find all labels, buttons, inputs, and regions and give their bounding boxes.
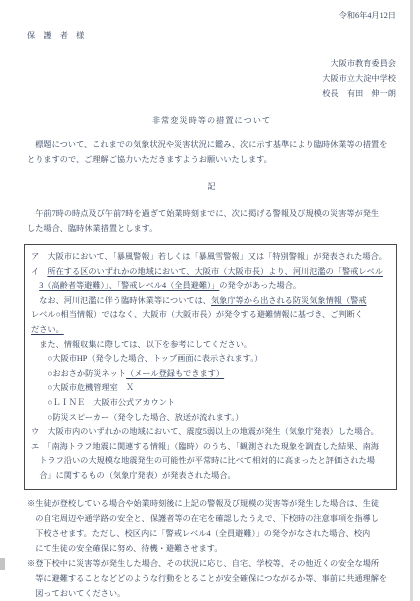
text-line: エ 「南海トラフ地震に関連する情報」（臨時）のうち、「観測された現象を調査した結… [31,440,392,455]
sender-block: 大阪市教育委員会 大阪市立大淀中学校 校長 有田 伸一朗 [27,56,396,101]
text-segment: の自宅周辺や通学路の安全と、保護者等の在宅を確認したうえで、下校時の注意事項を指… [35,514,379,523]
text-segment: とりますので、ご理解ご協力いただきますようお願いいたします。 [27,155,272,164]
scan-smudge-artifact [0,558,5,570]
text-line: トラフ沿いの大規模な地震発生の可能性が平常時に比べて相対的に高まったと評価された… [31,454,392,469]
text-line: ○おおさか防災ネット（メール登録もできます） [31,367,392,382]
underlined-text: （メール登録もできます） [126,369,224,378]
text-line: した場合、臨時休業措置とします。 [27,221,396,236]
text-line: ア 大阪市において、「暴風警報」若しくは「暴風雪警報」又は「特別警報」が発表され… [31,250,392,265]
text-segment: ○大阪市危機管理室 Ｘ [47,383,134,392]
text-segment: ウ 大阪市内のいずれかの地域において、震度5弱以上の地震が発生（気象庁発表）した… [31,427,379,436]
salutation: 保 護 者 様 [27,28,396,43]
text-segment: ア 大阪市において、「暴風警報」若しくは「暴風雪警報」又は「特別警報」が発表され… [31,252,387,261]
text-segment: イ [31,267,47,276]
text-line: 下校させます。ただし、校区内に「警戒レベル4（全員避難）」の発令がなされた場合、… [27,526,396,541]
text-line: 図っておいてください。 [27,586,396,601]
text-line: 等に避難することなどどのような行動をとることが安全確保につながるか等、事前に共通… [27,571,396,586]
text-segment: ○おおさか防災ネット [47,369,126,378]
text-segment: 等に避難することなどどのような行動をとることが安全確保につながるか等、事前に共通… [35,574,387,583]
text-line: また、情報収集に際しては、以下を参考にしてください。 [31,338,392,353]
text-segment: ○ＬＩＮＥ 大阪市公式アカウント [47,398,175,407]
text-segment: ※生徒が登校している場合や始業時刻後に上記の警報及び規模の災害等が発生した場合は… [27,499,379,508]
text-segment: ※登下校中に災害等が発生した場合、その状況に応じ、自宅、学校等、その他近くの安全… [27,559,379,568]
text-segment: 下校させます。ただし、校区内に「警戒レベル4（全員避難）」の発令がなされた場合、… [35,529,370,538]
text-line: イ 所在する区のいずれかの地域において、大阪市（大阪市長）より、河川氾濫の「警戒… [31,265,392,280]
text-line: レベル○相当情報）ではなく、大阪市（大阪市長）が発令する避難情報に基づき、ご判断… [31,308,392,323]
ki-marker: 記 [27,179,396,194]
document-date: 令和6年4月12日 [27,8,396,23]
text-line: ウ 大阪市内のいずれかの地域において、震度5弱以上の地震が発生（気象庁発表）した… [31,425,392,440]
text-segment: ○防災スピーカー（発令した場合、放送が流れます。） [47,413,243,422]
text-segment: なお、河川氾濫に伴う臨時休業等については、 [39,296,211,305]
criteria-box: ア 大阪市において、「暴風警報」若しくは「暴風雪警報」又は「特別警報」が発表され… [24,244,397,490]
document-title: 非常変災時等の措置について [27,113,396,128]
scan-edge-artifact [410,0,413,601]
sender-organization: 大阪市教育委員会 [27,56,396,71]
text-line: の自宅周辺や通学路の安全と、保護者等の在宅を確認したうえで、下校時の注意事項を指… [27,511,396,526]
text-segment: の発令があった場合。 [219,281,301,290]
text-segment: 標題について、これまでの気象状況や災害状況に鑑み、次に示す基準により臨時休業等の… [27,140,387,149]
underlined-text: 3（高齢者等避難）」、「警戒レベル4（全員避難）」 [39,281,219,290]
text-line: ※登下校中に災害等が発生した場合、その状況に応じ、自宅、学校等、その他近くの安全… [27,556,396,571]
notes-section: ※生徒が登校している場合や始業時刻後に上記の警報及び規模の災害等が発生した場合は… [27,496,396,601]
text-line: 標題について、これまでの気象状況や災害状況に鑑み、次に示す基準により臨時休業等の… [27,137,396,152]
sender-school: 大阪市立大淀中学校 [27,71,396,86]
text-line: ○大阪市HP（発令した場合、トップ画面に表示されます。） [31,352,392,367]
underlined-text: 気象庁等から出される防災気象情報（警戒 [211,296,367,305]
text-segment: にて生徒の安全確保に努め、待機・避難させます。 [35,544,222,553]
sender-principal: 校長 有田 伸一朗 [27,86,396,101]
text-line: なお、河川氾濫に伴う臨時休業等については、気象庁等から出される防災気象情報（警戒 [31,294,392,309]
text-segment: エ 「南海トラフ地震に関連する情報」（臨時）のうち、「観測された現象を調査した結… [31,442,379,451]
text-line: ださい。 [31,323,392,338]
text-segment: 合」に関するもの（気象庁発表）が発表された場合。 [39,471,236,480]
text-segment: 図っておいてください。 [35,589,125,598]
text-line: ○ＬＩＮＥ 大阪市公式アカウント [31,396,392,411]
underlined-text: ださい。 [31,325,64,334]
text-line: ○大阪市危機管理室 Ｘ [31,381,392,396]
text-segment: ○大阪市HP（発令した場合、トップ画面に表示されます。） [47,354,262,363]
scanned-letter-page: 令和6年4月12日 保 護 者 様 大阪市教育委員会 大阪市立大淀中学校 校長 … [0,0,420,601]
text-segment: した場合、臨時休業措置とします。 [27,224,157,233]
intro-paragraph: 標題について、これまでの気象状況や災害状況に鑑み、次に示す基準により臨時休業等の… [27,137,396,167]
text-segment: レベル○相当情報）ではなく、大阪市（大阪市長）が発令する避難情報に基づき、ご判断… [31,310,363,319]
text-line: 3（高齢者等避難）」、「警戒レベル4（全員避難）」の発令があった場合。 [31,279,392,294]
text-segment: トラフ沿いの大規模な地震発生の可能性が平常時に比べて相対的に高まったと評価された… [39,456,375,465]
text-line: 午前7時の時点及び午前7時を過ぎて始業時刻までに、次に掲げる警報及び規模の災害等… [27,206,396,221]
text-line: 合」に関するもの（気象庁発表）が発表された場合。 [31,469,392,484]
text-line: ○防災スピーカー（発令した場合、放送が流れます。） [31,411,392,426]
text-line: ※生徒が登校している場合や始業時刻後に上記の警報及び規模の災害等が発生した場合は… [27,496,396,511]
underlined-text: 所在する区のいずれかの地域において、大阪市（大阪市長）より、河川氾濫の「警戒レベ… [47,267,383,276]
text-line: にて生徒の安全確保に努め、待機・避難させます。 [27,541,396,556]
lead-paragraph: 午前7時の時点及び午前7時を過ぎて始業時刻までに、次に掲げる警報及び規模の災害等… [27,206,396,236]
text-segment: 午前7時の時点及び午前7時を過ぎて始業時刻までに、次に掲げる警報及び規模の災害等… [27,209,379,218]
text-line: とりますので、ご理解ご協力いただきますようお願いいたします。 [27,152,396,167]
text-segment: また、情報収集に際しては、以下を参考にしてください。 [39,340,252,349]
